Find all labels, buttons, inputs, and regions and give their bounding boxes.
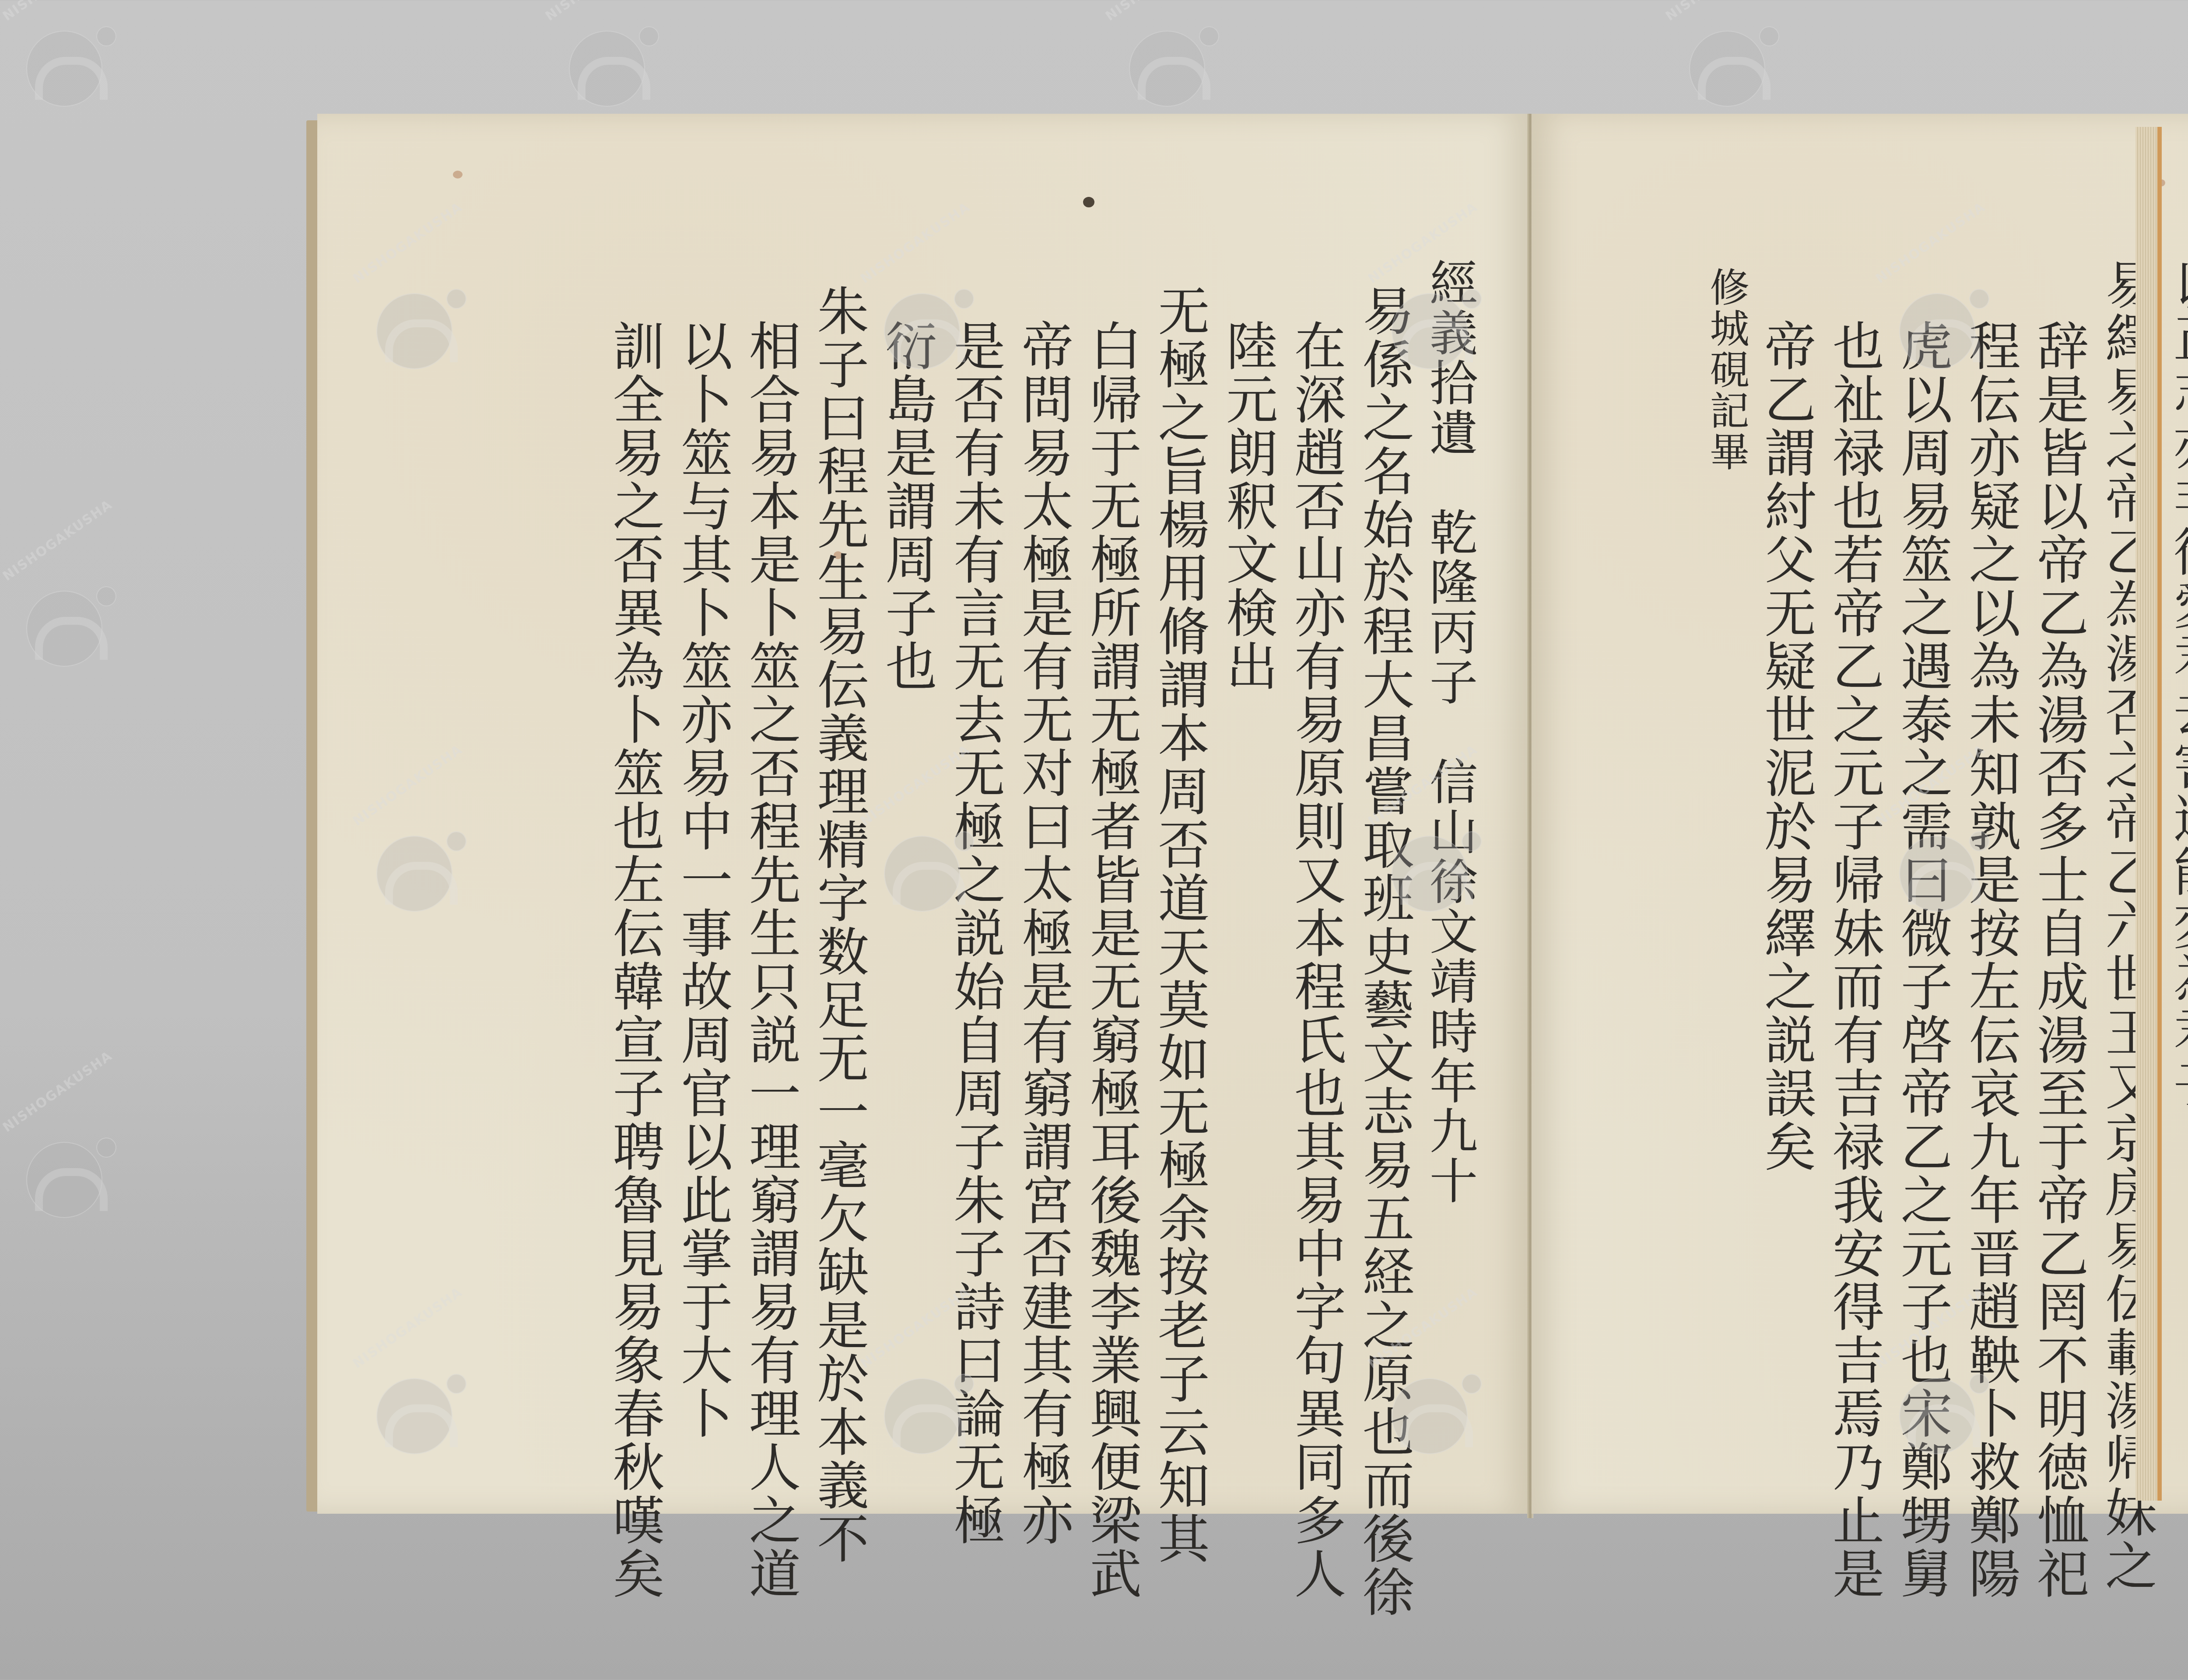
nishogakusha-logo-icon: NISHOGAKUSHA [359, 1356, 473, 1470]
nishogakusha-logo-icon: NISHOGAKUSHA [1882, 814, 1995, 927]
chapter-end-title: 修城硯記畢 [1700, 258, 1752, 1600]
text-column: 白帰于无極所謂无極者皆是无窮極耳後魏李業興便梁武 [1077, 258, 1145, 1619]
watermark-text: NISHOGAKUSHA [0, 0, 116, 24]
right-page-text: 小人向変為君子則能以愛君為心 按泰初志在外去君子 之志在天下不在一身故曰在外不初… [1567, 258, 2188, 1600]
nishogakusha-logo-icon: NISHOGAKUSHA [1374, 271, 1488, 385]
nishogakusha-logo-icon: NISHOGAKUSHA [9, 569, 123, 682]
nishogakusha-logo-icon: NISHOGAKUSHA [1374, 814, 1488, 927]
text-column: 以卜筮与其卜筮亦易中一事故周官以此掌于大卜 [668, 258, 736, 1619]
watermark-text: NISHOGAKUSHA [543, 0, 658, 24]
text-column: 帝乙謂紂父无疑世泥於易繹之説誤矣 [1752, 258, 1820, 1600]
ink-dot [1083, 197, 1094, 207]
nishogakusha-logo-icon: NISHOGAKUSHA [866, 1356, 980, 1470]
nishogakusha-logo-icon: NISHOGAKUSHA [866, 271, 980, 385]
nishogakusha-logo-icon: NISHOGAKUSHA [359, 814, 473, 927]
text-column: 陸元朗釈文検出 [1213, 258, 1282, 1619]
nishogakusha-logo-icon: NISHOGAKUSHA [9, 9, 123, 122]
text-column: 以正志亦非復愛君去害遂能変為君子 [2160, 258, 2188, 1600]
watermark-text: NISHOGAKUSHA [1663, 0, 1778, 24]
text-column: 相合易本是卜筮之否程先生只説一理窮謂易有理人之道 [736, 258, 804, 1619]
nishogakusha-logo-icon: NISHOGAKUSHA [9, 1120, 123, 1234]
nishogakusha-logo-icon: NISHOGAKUSHA [1374, 1356, 1488, 1470]
text-column: 訓全易之否異為卜筮也左伝韓宣子聘魯見易象春秋嘆矣 [600, 258, 668, 1619]
watermark-text: NISHOGAKUSHA [0, 497, 116, 584]
nishogakusha-logo-icon: NISHOGAKUSHA [1672, 9, 1785, 122]
text-column: 朱子曰程先生易伝義理精字数足无一毫欠缺是於本義不 [804, 258, 873, 1619]
nishogakusha-logo-icon: NISHOGAKUSHA [1882, 1356, 1995, 1470]
text-column: 无極之旨楊用脩謂本周否道天莫如无極余按老子云知其 [1145, 258, 1213, 1619]
text-column: 帝問易太極是有无对曰太極是有窮謂宮否建其有極亦 [1009, 258, 1077, 1619]
watermark-text: NISHOGAKUSHA [1103, 0, 1218, 24]
text-column: 也祉禄也若帝乙之元子帰妹而有吉禄我安得吉焉乃止是 [1820, 258, 1888, 1600]
nishogakusha-logo-icon: NISHOGAKUSHA [1882, 271, 1995, 385]
nishogakusha-logo-icon: NISHOGAKUSHA [359, 271, 473, 385]
nishogakusha-logo-icon: NISHOGAKUSHA [551, 9, 665, 122]
nishogakusha-logo-icon: NISHOGAKUSHA [1112, 9, 1225, 122]
nishogakusha-logo-icon: NISHOGAKUSHA [866, 814, 980, 927]
text-column: 辞是皆以帝乙為湯否多士自成湯至于帝乙罔不明徳恤祀 [2024, 258, 2093, 1600]
text-column: 在深趙否山亦有易原則又本程氏也其易中字句異同多人 [1281, 258, 1350, 1619]
book-fore-edge [2135, 127, 2162, 1501]
right-page: 小人向変為君子則能以愛君為心 按泰初志在外去君子 之志在天下不在一身故曰在外不初… [1532, 114, 2188, 1514]
foxing-stain [453, 171, 463, 178]
watermark-text: NISHOGAKUSHA [0, 1048, 116, 1135]
